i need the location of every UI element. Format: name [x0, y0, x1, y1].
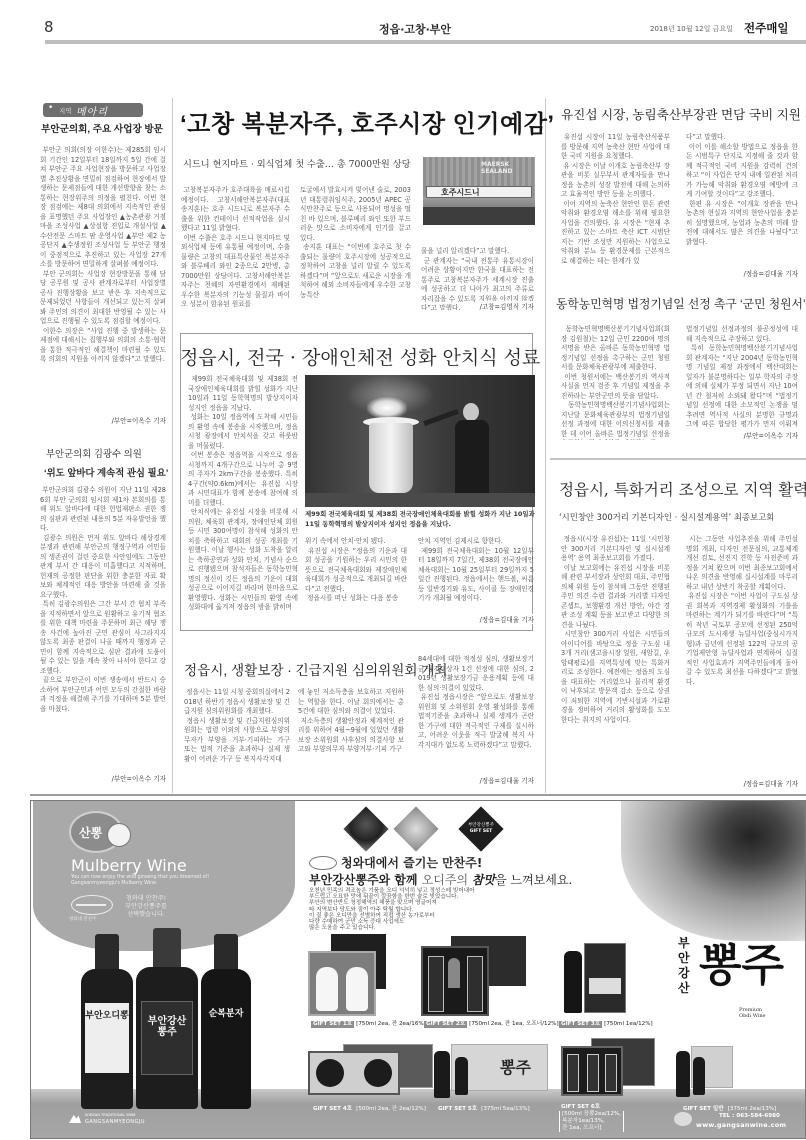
ceramic-bottle — [316, 967, 338, 1011]
article-headline: 유진섭 시장, 농림축산부장관 면담 국비 지원 건의 — [561, 104, 806, 123]
article-byline: /부안=이옥수 기자 — [741, 430, 798, 440]
gift-badge: GIFT SET 5호 — [436, 1106, 479, 1113]
gift-set-6-image — [561, 1046, 623, 1096]
article-byline: /정읍=김대율 기자 — [741, 268, 798, 278]
torch-ceremony-photo — [305, 375, 535, 507]
page-number: 8 — [44, 18, 54, 36]
bottle-odi: 부안오디뽕 — [81, 969, 133, 1109]
orchard-photo-diamond — [393, 806, 438, 851]
bullet-icon: • — [48, 103, 53, 113]
article-headline: 부안군의회 김광수 의원 — [46, 446, 142, 460]
gift-spec: [375ml 2ea/13%] — [728, 1106, 777, 1112]
gift-spec: [750ml 2ea, 잔 2ea/16%] — [356, 1021, 426, 1027]
gift-set-1-label: GIFT SET 1호[750ml 2ea, 잔 2ea/16%] — [311, 1021, 426, 1028]
article-body-column: 토굴에서 발효시켜 빚어낸 술로, 2003년 대통령취임식주, 2005년 A… — [300, 186, 411, 310]
premium-line2: Obdi Wine — [739, 1013, 766, 1019]
gift-badge: GIFT SET 6호 — [559, 1104, 602, 1111]
article-headline: 정읍시, 전국 · 장애인체전 성화 안치식 성료 — [180, 343, 533, 370]
ad-website: www.gangsanwine.com — [696, 1121, 786, 1129]
article-byline: /정읍=김대율 기자 — [477, 614, 534, 624]
wine-bottle — [567, 1054, 579, 1092]
article-body: 부안군의회 김광수 의원이 지난 11일 제286회 부안 군의회 임시회 제1… — [40, 486, 166, 771]
bottle-neck — [214, 934, 238, 974]
gift-spec: [500ml 2ea, 잔 2ea/12%] — [356, 1106, 426, 1112]
article-headline: 동학농민혁명 법정기념일 선정 촉구 ‘군민 청원서’ 제출 — [556, 295, 806, 312]
box-calligraphy: 뽕주 — [500, 1055, 531, 1078]
article-body-column: 84세대에 대한 적정성 심의, 생활보장기금 융자대상자 1건 선정에 대한 … — [418, 655, 534, 779]
gift-spec: [750ml 2ea, 잔 1ea, 오프너/12%] — [469, 1021, 559, 1027]
blue-house-emblem-icon — [309, 856, 337, 870]
wine-glass — [448, 958, 460, 988]
container-photo: MAERSK SEALAND 호주시드니 — [423, 157, 535, 225]
bottle-bokbunja: 순복분자 — [201, 969, 251, 1109]
article-subhead: ‘위도 앞바다 계속적 관심 필요’ — [44, 465, 168, 479]
wine-bottle — [605, 1054, 617, 1092]
header-rule — [45, 40, 806, 44]
column-divider-left — [172, 98, 173, 793]
article-body-column: 유진섭 시장이 11일 농림축산식품부를 방문해 지역 농축산 현안 사업에 대… — [561, 133, 670, 276]
container-text: MAERSK SEALAND — [481, 161, 531, 175]
ad-title-2-part-a: 부안강산뽕주와 함께 — [309, 873, 422, 887]
gift-badge: GIFT SET 4호 — [311, 1106, 354, 1113]
article-body-column: 다”고 말했다. 이어 이를 해소할 방법으로 정읍을 한돈 시범특구 단지로 … — [686, 133, 798, 266]
article-body-column: 법정기념일 선정과정의 불공정성에 대해 지속적으로 주장하고 있다. 특히 동… — [686, 325, 798, 430]
mascot-icon — [107, 823, 131, 847]
article-headline: ‘고창 복분자주, 호주시장 인기예감’ — [180, 104, 555, 139]
banner: 호주시드니 — [426, 186, 532, 198]
ceramic-bottle — [346, 967, 368, 1011]
article-body-column: 안치 지역인 김제시로 향한다. 제99회 전국체육대회는 10월 12일부터 … — [418, 537, 534, 613]
premium-label: Premium Obdi Wine — [739, 1007, 766, 1019]
ad-title-2-part-c: 참맛 — [472, 873, 495, 887]
gift-set-1-image — [308, 951, 376, 1016]
section-rule — [550, 458, 806, 460]
bottle-neck — [95, 934, 119, 974]
gift-set-4-label: GIFT SET 4호[500ml 2ea, 잔 2ea/12%] — [311, 1106, 426, 1113]
bottle-neck — [153, 928, 181, 972]
ad-title-1: 청와대에서 즐기는 만찬주! — [341, 854, 482, 871]
gift-badge: GIFT SET 2호 — [424, 1021, 467, 1028]
wine-bottle — [587, 1054, 599, 1092]
section-title: 정읍·고창·부안 — [350, 21, 480, 37]
column-label-prefix: 지역 — [59, 106, 72, 115]
gift-bag-label — [589, 978, 621, 994]
article-headline: 정읍시, 생활보장 · 긴급지원 심의위원회 개최 — [184, 659, 448, 679]
calligraphy-small: 부안강산 — [678, 936, 692, 996]
newspaper-page: 8 정읍·고창·부안 2018년 10월 12일 금요일 전주매일 • 지역 메… — [0, 0, 806, 1140]
gift-set-4-image — [308, 1051, 400, 1095]
article-body-column: 고창복분자주가 호주대륙을 매료시킬 예정이다. 고창서해안복분자주(대표 송지… — [181, 186, 290, 310]
article-subhead: 시드니 현지마트 · 외식업체 첫 수출… 총 7000만원 상당 — [183, 156, 410, 170]
flame — [367, 397, 407, 419]
gift-set-7-label: GIFT SET 일반[375ml 2ea/13%] — [681, 1106, 776, 1113]
gift-badge: GIFT SET 일반 — [681, 1106, 726, 1113]
emblem-text: 청와대 만찬주! 부안강산뽕주를 선택했습니다. — [121, 895, 171, 919]
small-bottle — [455, 1057, 468, 1095]
gift-set-7-image — [676, 1051, 690, 1097]
diamond-line2: GIFT SET — [459, 829, 503, 835]
brand-tagline: You can now enjoy the wild ginseng that … — [71, 875, 241, 887]
column-divider-right — [545, 98, 546, 793]
article-byline: /정읍=김대율 기자 — [741, 778, 798, 788]
blue-house-emblem-icon — [71, 895, 113, 915]
issue-date: 2018년 10월 12일 금요일 — [650, 24, 733, 34]
mulberry-photo-diamond — [343, 806, 388, 851]
ad-title-2-part-d: 을 느껴보세요. — [495, 873, 572, 887]
round-bottle — [364, 1059, 392, 1087]
gift-set-3-label: GIFT SET 3호[750ml 1ea/12%] — [559, 1021, 653, 1028]
emblem-line — [76, 904, 106, 906]
article-byline: /고창=김영식 기자 — [477, 301, 534, 311]
article-body-column: 위기 속에서 안치·안치 됐다. 유진섭 시장은 “정읍의 기운과 대회 성공을… — [305, 537, 407, 623]
article-body-column: 에 놓인 저소득층을 보호하고 지원하는 역할을 한다. 이날 회의에서는 총 … — [298, 688, 404, 792]
gift-spec: [500ml 장뽕2ea/12%, 복분자1ea/13%, 잔 1ea, 오프너… — [559, 1111, 624, 1132]
brand-footer-line1: KOREAN TRADITIONAL WINE — [85, 1113, 136, 1117]
ad-title-2-part-b: 오디주의 — [422, 873, 472, 887]
article-body-column: 동학농민혁명백산봉기기념사업회(회장 김원철)는 12일 군민 2200여 명의… — [561, 325, 670, 440]
article-body: 부안군 의회(의장 이한수)는 제285회 임시회 기간인 12일부터 18일까… — [40, 146, 166, 412]
ad-phone: TEL : 063-584-6980 — [719, 1113, 780, 1119]
logo-text: 산뽕 — [79, 824, 102, 841]
brand-title: Mulberry Wine — [71, 856, 187, 875]
small-bottle — [693, 1057, 705, 1095]
bottle-ppongju: 부안강산 뽕주 — [136, 967, 198, 1109]
article-byline: /부안=이옥수 기자 — [109, 773, 166, 783]
gift-spec: [375ml 5ea/13%] — [481, 1106, 530, 1112]
gift-set-6-label: GIFT SET 6호[500ml 장뽕2ea/12%, 복분자1ea/13%,… — [559, 1104, 669, 1132]
wine-bottle — [467, 956, 483, 1012]
wine-advertisement: 산뽕 Mulberry Wine You can now enjoy the w… — [30, 800, 806, 1139]
bottle-label: 부안오디뽕 — [85, 1003, 129, 1073]
company-logo-icon — [674, 1112, 692, 1126]
calligraphy-large: 뽕주 — [699, 929, 784, 993]
gift-badge: GIFT SET 1호 — [311, 1021, 354, 1028]
cauldron — [369, 423, 413, 493]
article-byline: /정읍=김대율 기자 — [477, 775, 534, 785]
gift-set-2-label: GIFT SET 2호[750ml 2ea, 잔 1ea, 오프너/12%] — [424, 1021, 559, 1028]
newspaper-name: 전주매일 — [744, 20, 788, 36]
column-label-title: 메아리 — [76, 103, 108, 118]
ad-title-2: 부안강산뽕주와 함께 오디주의 참맛을 느껴보세요. — [309, 871, 572, 888]
small-bottle — [434, 1051, 450, 1098]
article-body-column: 제99회 전국체육대회 및 제38회 전국장애인체육대회를 밝힐 성화가 지난 … — [188, 375, 298, 623]
article-body-column: 정읍시(시장 유진섭)는 11일 ‘시민창안 300거리 기본디자인 및 실시설… — [561, 535, 670, 792]
person-head — [463, 403, 479, 421]
wine-bottle — [428, 956, 444, 1012]
ad-separator-rule — [30, 794, 806, 796]
gift-set-5-label: GIFT SET 5호[375ml 5ea/13%] — [436, 1106, 530, 1113]
bottle-label: 부안강산 뽕주 — [141, 1001, 193, 1075]
round-bottle — [316, 1059, 344, 1087]
gift-set-diamond-text: 부안강산뽕주 GIFT SET — [459, 823, 503, 835]
article-byline: /부안=이옥수 기자 — [109, 415, 166, 425]
article-subhead: ‘시민창안 300거리 기본디자인 · 실시설계용역’ 최종보고회 — [559, 511, 774, 523]
gift-set-2-image — [421, 946, 489, 1016]
article-headline: 정읍시, 특화거리 조성으로 지역 활력 기대 — [559, 478, 806, 500]
emblem-caption: 청와대 만찬주 — [69, 916, 97, 922]
photo-caption: 제99회 전국체육대회 및 제38회 전국장애인체육대회를 밝힐 성화가 지난 … — [305, 509, 535, 529]
article-body-column: 정읍시는 11일 시청 중회의실에서 2018년 하반기 정읍시 생활보장 및 … — [184, 688, 290, 792]
column-label: • 지역 메아리 — [43, 103, 143, 117]
gift-set-3-image — [564, 951, 582, 1013]
ground — [423, 207, 535, 225]
article-body-column: 시는 그동안 사업추진을 위해 주민설명회 개최, 디자인 전문심의, 교통체계… — [686, 535, 798, 782]
floor — [305, 493, 535, 507]
gift-spec: [750ml 1ea/12%] — [604, 1021, 653, 1027]
bottle-label: 순복분자 — [203, 1003, 249, 1063]
mulberry-fruit-photo — [621, 800, 806, 941]
article-headline: 부안군의회, 주요 사업장 방문 — [38, 121, 166, 135]
ad-paragraph: 오천년 민족의 격조높은 기품을 오디 넉넉히 넣고 정성스레 빚어내어 부드럽… — [309, 888, 569, 931]
brand-footer-line2: GANGSANMYEONGJU — [85, 1119, 145, 1125]
gift-bag — [584, 943, 626, 1013]
gift-badge: GIFT SET 3호 — [559, 1021, 602, 1028]
